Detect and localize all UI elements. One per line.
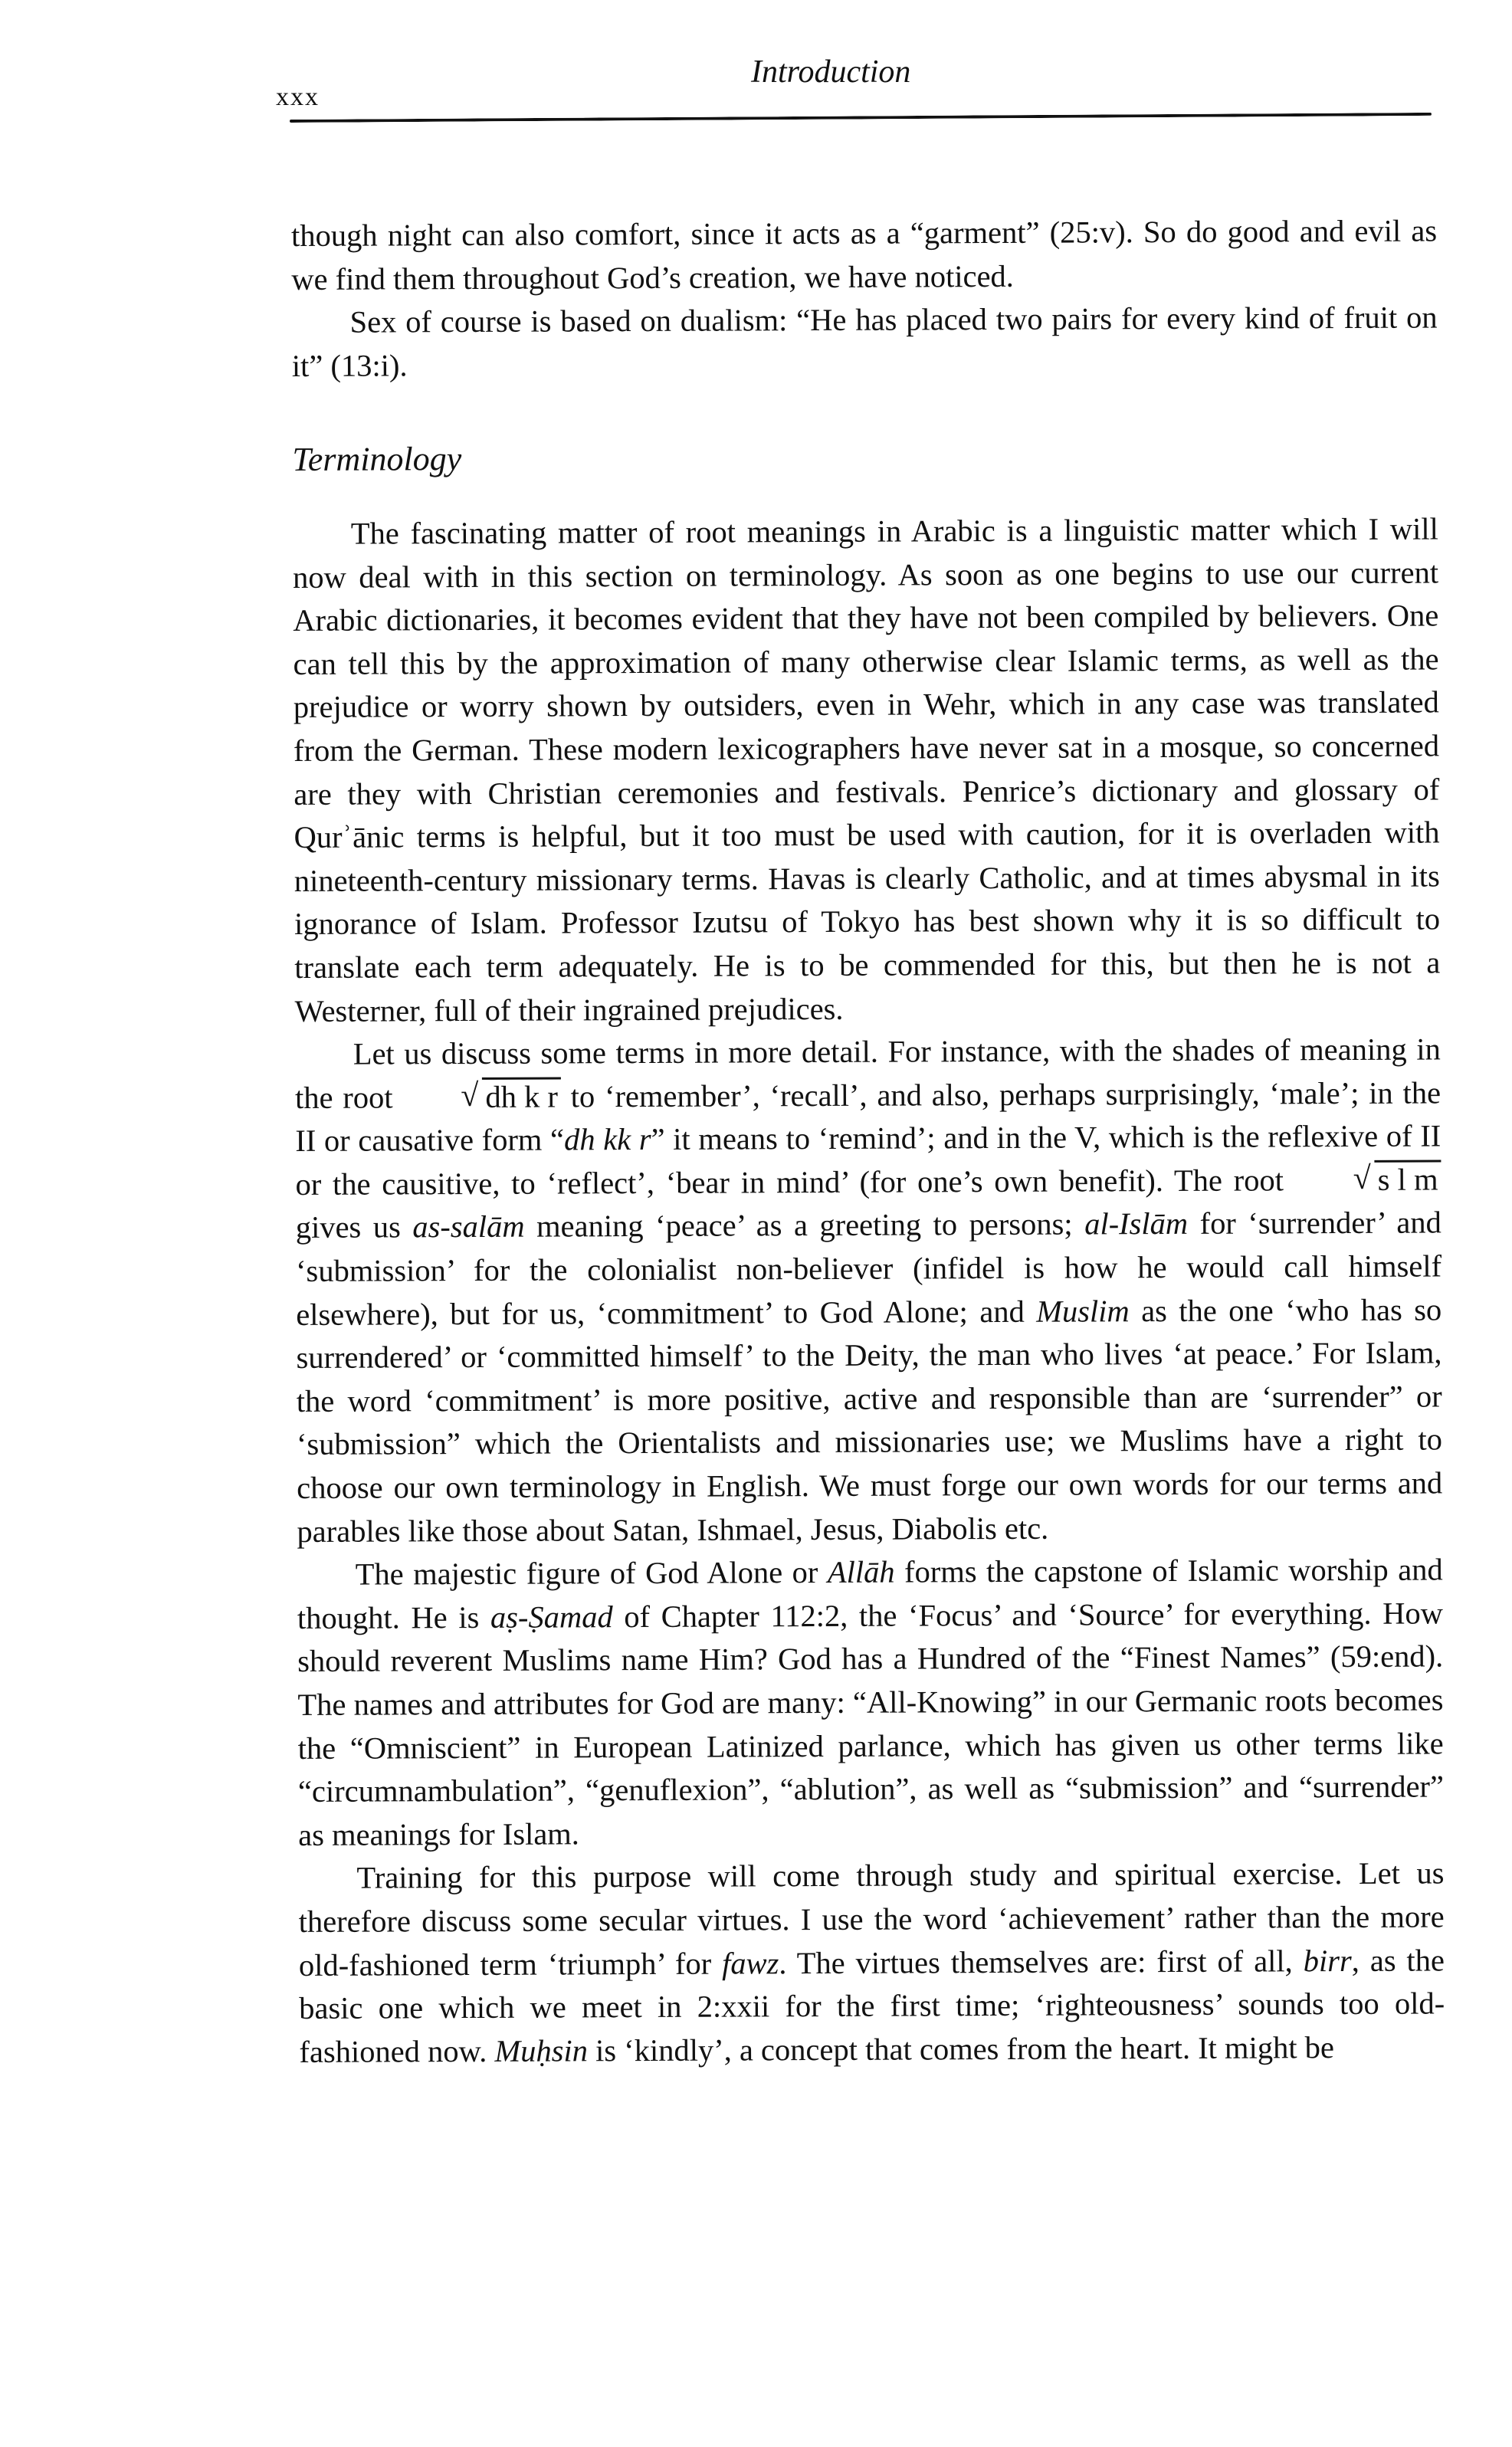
section-heading-terminology: Terminology <box>292 434 1438 482</box>
term-italic: birr <box>1304 1943 1352 1978</box>
page-body: though night can also comfort, since it … <box>291 209 1445 2074</box>
root-symbol-dhkr: dh k r <box>402 1075 561 1119</box>
paragraph-root-meanings: The fascinating matter of root meanings … <box>293 507 1441 1033</box>
text-run: The majestic figure of God Alone or <box>356 1555 828 1592</box>
paragraph-terms-detail: Let us discuss some terms in more detail… <box>295 1028 1443 1554</box>
text-run: is ‘kindly’, a concept that comes from t… <box>588 2030 1334 2068</box>
term-italic: Allāh <box>828 1555 895 1589</box>
root-letters: s l m <box>1375 1160 1441 1196</box>
running-head: xxx Introduction <box>276 54 1433 123</box>
page-number: xxx <box>276 83 320 112</box>
term-italic: Muḥsin <box>494 2033 588 2068</box>
paragraph-training-virtues: Training for this purpose will come thro… <box>298 1852 1445 2074</box>
paragraph-dualism: Sex of course is based on dualism: “He h… <box>291 297 1437 389</box>
paragraph-majestic-figure: The majestic figure of God Alone or Allā… <box>297 1549 1445 1858</box>
paragraph-continued: though night can also comfort, since it … <box>291 209 1437 301</box>
term-italic: aṣ-Ṣamad <box>490 1599 613 1635</box>
term-italic: as-salām <box>412 1209 524 1245</box>
root-letters: dh k r <box>482 1077 561 1114</box>
text-run: gives us <box>296 1210 413 1245</box>
text-run: . The virtues themselves are: first of a… <box>779 1943 1304 1980</box>
root-symbol-slm: s l m <box>1295 1158 1441 1202</box>
term-italic: al-Islām <box>1084 1206 1188 1242</box>
running-head-title: Introduction <box>751 54 910 90</box>
text-run: meaning ‘peace’ as a greeting to persons… <box>524 1207 1084 1244</box>
term-italic: Muslim <box>1036 1294 1130 1329</box>
term-italic: fawz <box>722 1946 779 1980</box>
term-italic: dh kk r <box>564 1122 651 1156</box>
header-rule-divider <box>290 113 1432 123</box>
